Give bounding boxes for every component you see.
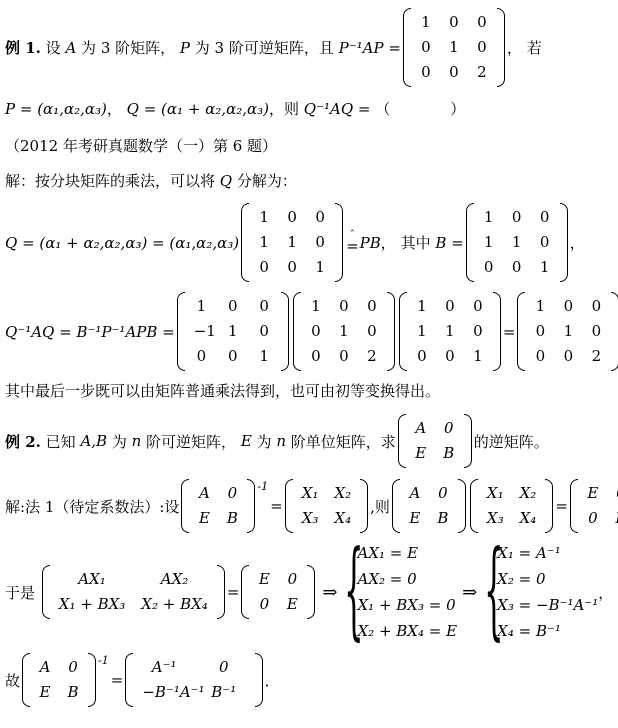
matrix-cell: 1 [250,230,278,255]
comma: ， [598,582,613,603]
matrix-row: 110 [475,230,559,255]
text-segment: 故 [5,670,20,691]
matrix-cell: 1 [526,294,554,319]
matrix-cell: X₂ [512,481,545,506]
matrix-cell: 0 [579,506,607,531]
system-equation: X₁ + BX₃ = 0 [357,592,457,618]
text-segment: 于是 [5,582,40,603]
method1-label: 解:法 1（待定系数法）:设 [5,496,179,517]
left-paren [517,292,525,371]
matrix-b-inverse: 100−110001 [177,292,289,371]
inverse-exponent: -1 [98,655,109,666]
right-paren [335,203,343,282]
matrix-product-line: Q⁻¹AQ = B⁻¹P⁻¹APB = 100−110001 100010002… [5,292,616,371]
matrix-cell: E [407,441,435,466]
var-Q: Q [220,172,232,190]
matrix-cell: 0 [526,344,554,369]
matrix-block-aeb: A0EB [398,414,472,468]
matrix-cell: 1 [475,230,503,255]
matrix-cell: 0 [358,319,386,344]
matrix-cell: 0 [217,294,248,319]
example1-label: 例 1. [5,37,41,58]
matrix-row: −110 [186,319,280,344]
expr-b-equals: B = [435,234,463,252]
right-paren [281,292,289,371]
matrix-row: A⁻¹0 [134,655,253,680]
left-brace: { [344,539,353,645]
var-A: A [65,39,76,57]
text-segment: 阶单位矩阵，求 [286,431,396,452]
matrix-cell: −B⁻¹A⁻¹ [134,680,194,705]
matrix-cell: 1 [248,344,279,369]
matrix-row: E0 [579,481,618,506]
left-paren [392,479,400,533]
left-paren [285,479,293,533]
inverse-exponent: -1 [257,481,268,492]
matrix-cell: 0 [440,10,468,35]
matrix-row: 002 [302,344,386,369]
matrix-cell: 0 [582,319,610,344]
expr-q-def: Q = (α₁ + α₂,α₂,α₃) [127,100,269,118]
text-segment: 设 [41,37,66,58]
matrix-diag-1-1-2: 100010002 [403,8,505,87]
matrix-row: 100 [412,10,496,35]
expr-q-inv-aq: Q⁻¹AQ = [304,100,375,118]
system-equation: X₄ = B⁻¹ [497,618,598,644]
system-derivation-line: 于是 AX₁AX₂X₁ + BX₃X₂ + BX₄ = E00E ⇒ {AX₁ … [5,540,616,644]
matrix-cell: E [250,567,278,592]
matrix-cell: 0 [250,255,278,280]
matrix-cell: E [190,506,218,531]
matrix-cell: 0 [468,35,496,60]
matrix-cell: A [31,655,59,680]
matrix-cell: 1 [554,319,582,344]
expr-q-decomp: Q = (α₁ + α₂,α₂,α₃) = (α₁,α₂,α₃) [5,234,239,252]
system-equation: X₂ = 0 [497,566,598,592]
right-paren [458,479,466,533]
matrix-row: 010 [412,35,496,60]
left-paren [22,653,30,707]
matrix-cell: 1 [475,205,503,230]
matrix-cell: 1 [531,255,559,280]
var-E: E [241,432,252,450]
text-segment: 为 [107,431,132,452]
matrix-row: X₁ + BX₃X₂ + BX₄ [51,592,216,617]
matrix-cell: 0 [464,319,492,344]
matrix-block-aeb: A0EB [392,479,466,533]
matrix-cell: 1 [302,294,330,319]
system-equation: AX₁ = E [357,540,457,566]
equals-sign: = [270,497,283,515]
matrix-cell: −1 [186,319,217,344]
var-P: P [180,39,190,57]
text-segment: ， 若 [507,37,542,58]
left-paren [466,203,474,282]
right-paren [560,203,568,282]
matrix-row: 110 [250,230,334,255]
matrix-cell: 0 [531,205,559,230]
text-segment: ,则 [370,496,390,517]
matrix-cell: 0 [59,655,87,680]
matrix-cell: 0 [278,567,306,592]
source-citation: （2012 年考研真题数学（一）第 6 题） [5,135,616,156]
matrix-row: A0 [401,481,457,506]
expr-pb: PB [360,234,381,252]
matrix-cell: 1 [217,319,248,344]
matrix-row: A0 [190,481,246,506]
matrix-cell: 0 [250,592,278,617]
conclusion-line: 故 A0EB-1 = A⁻¹0−B⁻¹A⁻¹B⁻¹ ． [5,653,616,707]
right-paren [387,292,395,371]
matrix-cell: X₃ [294,506,327,531]
matrix-cell: 0 [429,481,457,506]
equals-sign: = [227,583,240,601]
text-segment: 解：按分块矩阵的乘法，可以将 [5,172,220,190]
right-paren [497,8,505,87]
equals-sign: = [555,497,568,515]
matrix-cell: 0 [526,319,554,344]
matrix-cell: A [407,416,435,441]
citation-text: （2012 年考研真题数学（一）第 6 题） [5,137,277,155]
matrix-cell: 1 [306,255,334,280]
expr-qaq-product: Q⁻¹AQ = B⁻¹P⁻¹APB = [5,323,175,341]
matrix-cell: 0 [554,344,582,369]
matrix-block-aeb: A0EB [22,653,96,707]
matrix-cell: 1 [440,35,468,60]
left-paren [177,292,185,371]
right-paren [464,414,472,468]
text-segment: 的逆矩阵。 [474,431,549,452]
text-segment: 分解为： [232,172,297,190]
matrix-cell: 0 [217,344,248,369]
matrix-cell: 0 [186,344,217,369]
left-paren [398,414,406,468]
matrix-b: 100110001 [241,203,343,282]
left-paren [125,653,133,707]
matrix-identity-block: E00E [570,479,618,533]
matrix-cell: 0 [440,60,468,85]
matrix-row: 001 [186,344,280,369]
matrix-row: X₃X₄ [294,506,359,531]
matrix-cell: 1 [408,319,436,344]
var-n: n [132,432,142,450]
matrix-cell: 0 [306,230,334,255]
text-segment: 阶可逆矩阵， [141,431,241,452]
left-paren [241,565,249,619]
matrix-cell: 0 [435,416,463,441]
matrix-row: 100 [250,205,334,230]
matrix-cell: 1 [330,319,358,344]
right-paren [307,565,315,619]
matrix-row: 100 [526,294,610,319]
text-segment: 已知 [41,431,81,452]
system-equation: X₁ = A⁻¹ [497,540,598,566]
matrix-cell: 0 [554,294,582,319]
right-paren [493,292,501,371]
matrix-cell: 0 [503,205,531,230]
matrix-with-inverse: A0EB-1 [179,479,270,533]
matrix-cell: B [435,441,463,466]
example2-intro-line: 例 2. 已知 A,B 为 n 阶可逆矩阵， E 为 n 阶单位矩阵，求 A0E… [5,414,616,468]
system-equation: X₃ = −B⁻¹A⁻¹ [497,592,598,618]
expr-p-def: P = (α₁,α₂,α₃) [5,100,107,118]
matrix-product-block: AX₁AX₂X₁ + BX₃X₂ + BX₄ [42,565,225,619]
matrix-cell: A [401,481,429,506]
matrix-row: 100 [302,294,386,319]
defined-equals: ˆ= [346,233,359,253]
matrix-cell: 0 [218,481,246,506]
matrix-cell: E [278,592,306,617]
expr-p-inv-ap: P⁻¹AP = [339,39,401,57]
matrix-cell: 0 [302,319,330,344]
var-n: n [276,432,286,450]
equation-system-1: {AX₁ = EAX₂ = 0X₁ + BX₃ = 0X₂ + BX₄ = E [342,540,457,644]
matrix-cell: 0 [248,294,279,319]
matrix-cell: AX₁ [51,567,134,592]
matrix-cell: 0 [408,344,436,369]
matrix-cell: X₁ [479,481,512,506]
matrix-cell: 0 [436,344,464,369]
matrix-cell: 1 [464,344,492,369]
left-paren [570,479,578,533]
matrix-cell: X₄ [512,506,545,531]
left-paren [399,292,407,371]
implies-arrow-icon: ⇒ [317,582,342,603]
right-paren [88,653,96,707]
matrix-cell: 1 [503,230,531,255]
matrix-cell: B [429,506,457,531]
matrix-cell: 0 [302,344,330,369]
matrix-cell: X₂ [326,481,359,506]
example2-label: 例 2. [5,431,41,452]
pq-definition-line: P = (α₁,α₂,α₃)， Q = (α₁ + α₂,α₂,α₃)，则 Q⁻… [5,98,616,119]
text-segment: ，则 [269,98,304,119]
left-paren [293,292,301,371]
left-paren [470,479,478,533]
matrix-cell: E [607,506,618,531]
matrix-row: 100 [408,294,492,319]
text-segment: 为 [252,431,277,452]
math-document: 例 1. 设 A 为 3 阶矩阵， P 为 3 阶可逆矩阵，且 P⁻¹AP = … [0,0,618,728]
matrix-cell: 0 [412,35,440,60]
matrix-result: 100010002 [517,292,618,371]
matrix-row: 001 [408,344,492,369]
left-brace: { [484,539,493,645]
matrix-row: A0 [31,655,87,680]
right-paren [217,565,225,619]
matrix-row: −B⁻¹A⁻¹B⁻¹ [134,680,253,705]
q-decomposition-line: Q = (α₁ + α₂,α₂,α₃) = (α₁,α₂,α₃) 1001100… [5,203,616,282]
matrix-cell: 2 [582,344,610,369]
left-paren [403,8,411,87]
matrix-cell: 1 [436,319,464,344]
matrix-block-x: X₁X₂X₃X₄ [470,479,553,533]
matrix-row: 0E [250,592,306,617]
right-paren [545,479,553,533]
method1-setup-line: 解:法 1（待定系数法）:设 A0EB-1 = X₁X₂X₃X₄ ,则 A0EB… [5,479,616,533]
matrix-cell: 0 [306,205,334,230]
matrix-cell: E [579,481,607,506]
matrix-row: AX₁AX₂ [51,567,216,592]
example1-intro-line: 例 1. 设 A 为 3 阶矩阵， P 为 3 阶可逆矩阵，且 P⁻¹AP = … [5,8,616,87]
matrix-cell: X₃ [479,506,512,531]
text-segment: ， 其中 [381,232,436,253]
matrix-cell: 1 [408,294,436,319]
remark-text: 其中最后一步既可以由矩阵普通乘法得到，也可由初等变换得出。 [5,382,440,400]
matrix-b-factor: 100110001 [399,292,501,371]
right-paren [611,292,618,371]
matrix-row: 010 [526,319,610,344]
closing-remark: 其中最后一步既可以由矩阵普通乘法得到，也可由初等变换得出。 [5,380,616,401]
matrix-row: EB [190,506,246,531]
left-paren [241,203,249,282]
matrix-row: 002 [526,344,610,369]
matrix-cell: E [401,506,429,531]
matrix-row: X₃X₄ [479,506,544,531]
matrix-cell: 0 [436,294,464,319]
matrix-b-def: 100110001 [466,203,568,282]
matrix-row: A0 [407,416,463,441]
matrix-cell: A⁻¹ [134,655,194,680]
system-equation: AX₂ = 0 [357,566,457,592]
equation-system-2: {X₁ = A⁻¹X₂ = 0X₃ = −B⁻¹A⁻¹X₄ = B⁻¹ [482,540,598,644]
matrix-cell: 0 [330,294,358,319]
matrix-cell: 0 [278,205,306,230]
matrix-row: EB [407,441,463,466]
matrix-cell: 0 [475,255,503,280]
matrix-row: 001 [475,255,559,280]
matrix-cell: 1 [412,10,440,35]
matrix-row: 110 [408,319,492,344]
matrix-cell: 0 [607,481,618,506]
matrix-cell: 0 [330,344,358,369]
matrix-cell: 2 [468,60,496,85]
matrix-row: X₁X₂ [479,481,544,506]
matrix-cell: 2 [358,344,386,369]
matrix-cell: 0 [194,655,254,680]
equals-sign: = [503,323,516,341]
matrix-block-aeb: A0EB [181,479,255,533]
matrix-block-x: X₁X₂X₃X₄ [285,479,368,533]
matrix-row: 001 [250,255,334,280]
matrix-cell: A [190,481,218,506]
comma: ， [570,232,585,253]
matrix-cell: 0 [358,294,386,319]
matrix-row: 100 [475,205,559,230]
matrix-cell: 1 [278,230,306,255]
matrix-cell: 1 [186,294,217,319]
left-paren [42,565,50,619]
matrix-row: E0 [250,567,306,592]
matrix-cell: 0 [531,230,559,255]
matrix-row: X₁X₂ [294,481,359,506]
matrix-cell: B [59,680,87,705]
matrix-identity-block: E00E [241,565,315,619]
matrix-cell: 0 [412,60,440,85]
equals-sign: = [111,671,124,689]
right-paren [360,479,368,533]
var-AB: A,B [80,432,107,450]
matrix-row: EB [31,680,87,705]
matrix-row: 002 [412,60,496,85]
period: ． [265,670,280,691]
matrix-cell: X₁ [294,481,327,506]
equals-sign: = [346,239,359,253]
matrix-diag-factor: 100010002 [293,292,395,371]
matrix-cell: B [218,506,246,531]
matrix-cell: 0 [248,319,279,344]
right-paren [255,653,263,707]
matrix-cell: 0 [278,255,306,280]
system-equation: X₂ + BX₄ = E [357,618,457,644]
solution1-intro: 解：按分块矩阵的乘法，可以将 Q 分解为： [5,170,616,191]
matrix-inverse-result: A⁻¹0−B⁻¹A⁻¹B⁻¹ [125,653,262,707]
matrix-cell: 0 [468,10,496,35]
matrix-cell: B⁻¹ [194,680,254,705]
matrix-row: 0E [579,506,618,531]
matrix-cell: 0 [582,294,610,319]
matrix-cell: X₂ + BX₄ [133,592,216,617]
right-paren [247,479,255,533]
matrix-cell: X₄ [326,506,359,531]
matrix-cell: E [31,680,59,705]
matrix-row: EB [401,506,457,531]
matrix-cell: X₁ + BX₃ [51,592,134,617]
text-segment: 为 3 阶矩阵， [76,37,180,58]
text-segment: 为 3 阶可逆矩阵，且 [190,37,339,58]
text-segment: ， [107,98,127,119]
matrix-row: 010 [302,319,386,344]
matrix-cell: 0 [464,294,492,319]
matrix-with-inverse: A0EB-1 [20,653,111,707]
matrix-cell: AX₂ [133,567,216,592]
implies-arrow-icon: ⇒ [457,582,482,603]
answer-blank: （ ） [375,98,465,119]
matrix-cell: 0 [503,255,531,280]
left-paren [181,479,189,533]
matrix-row: 100 [186,294,280,319]
matrix-cell: 1 [250,205,278,230]
